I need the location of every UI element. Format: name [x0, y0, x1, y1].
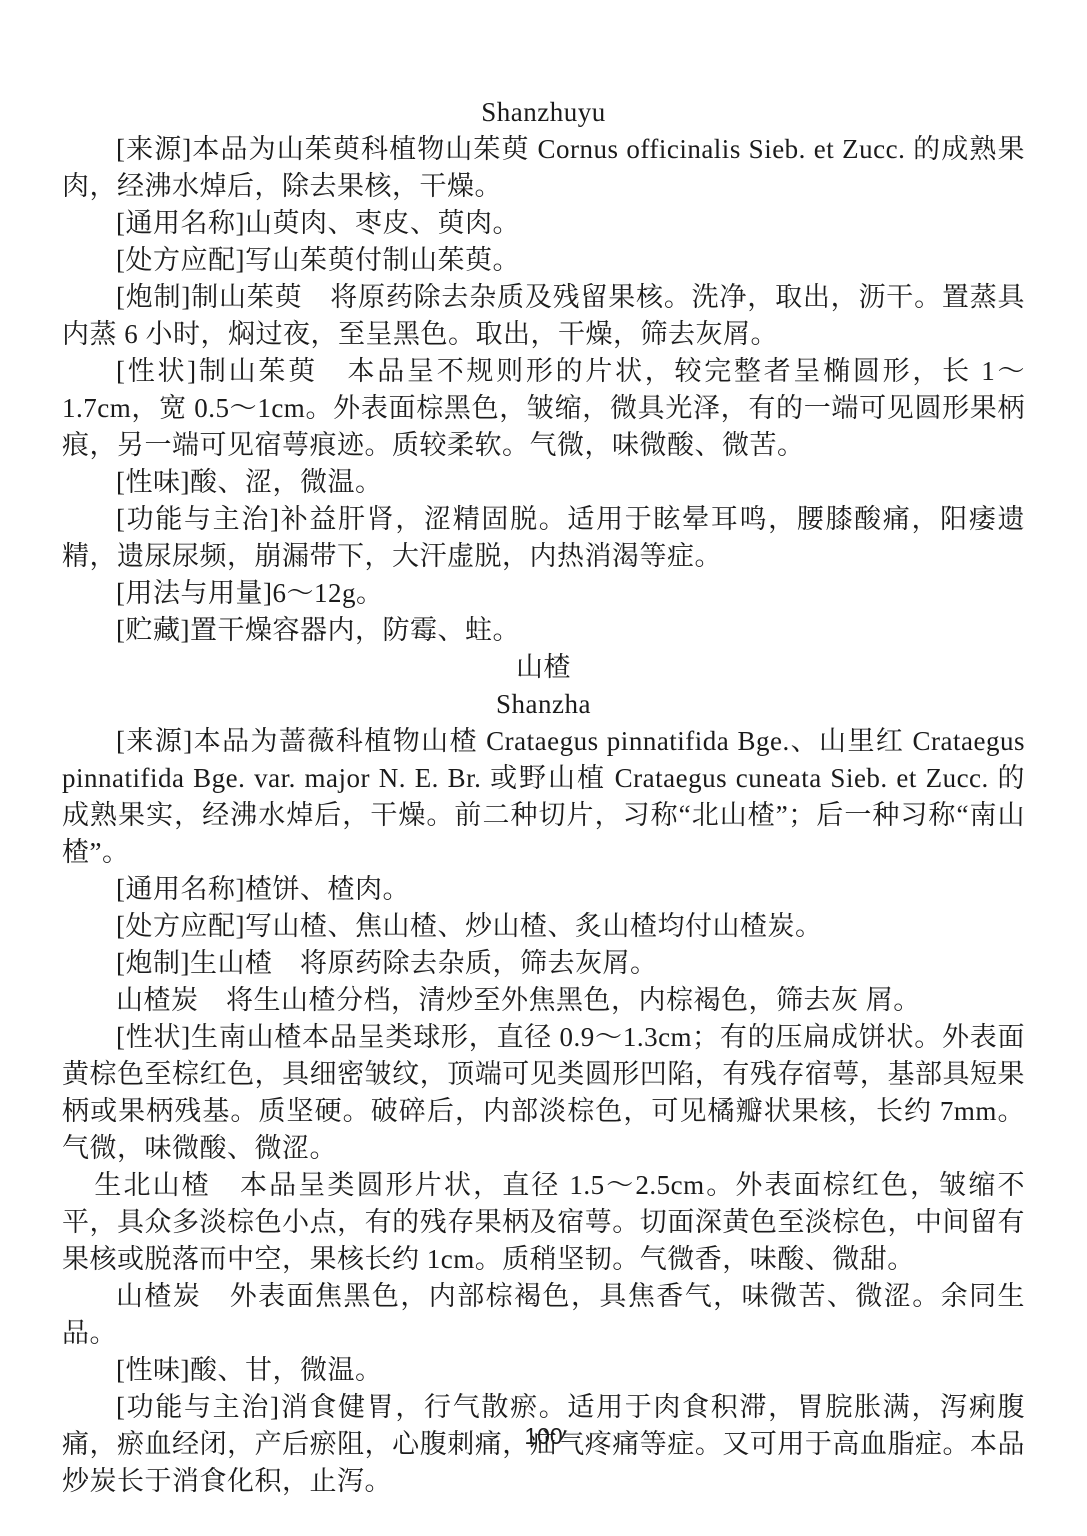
paragraph-functions: [功能与主治]补益肝肾，涩精固脱。适用于眩晕耳鸣，腰膝酸痛，阳痿遗精，遗尿尿频，…	[62, 501, 1025, 575]
paragraph-taste: [性味]酸、甘，微温。	[62, 1352, 1025, 1389]
paragraph-prescription: [处方应配]写山茱萸付制山茱萸。	[62, 242, 1025, 279]
paragraph-source: [来源]本品为蔷薇科植物山楂 Crataegus pinnatifida Bge…	[62, 723, 1025, 871]
paragraph-processing: [炮制]制山茱萸 将原药除去杂质及残留果核。洗净，取出，沥干。置蒸具内蒸 6 小…	[62, 279, 1025, 353]
paragraph-source: [来源]本品为山茱萸科植物山茱萸 Cornus officinalis Sieb…	[62, 131, 1025, 205]
paragraph-characteristics-south: [性状]生南山楂本品呈类球形，直径 0.9～1.3cm；有的压扁成饼状。外表面黄…	[62, 1019, 1025, 1167]
page-number: 100	[0, 1423, 1087, 1450]
section-title-shanzha-pinyin: Shanzha	[62, 686, 1025, 723]
paragraph-characteristics-charred: 山楂炭 外表面焦黑色，内部棕褐色，具焦香气，味微苦、微涩。余同生品。	[62, 1278, 1025, 1352]
section-title-shanzha-cn: 山楂	[62, 649, 1025, 686]
paragraph-common-names: [通用名称]楂饼、楂肉。	[62, 871, 1025, 908]
paragraph-processing-raw: [炮制]生山楂 将原药除去杂质，筛去灰屑。	[62, 945, 1025, 982]
paragraph-characteristics: [性状]制山茱萸 本品呈不规则形的片状，较完整者呈椭圆形，长 1～1.7cm，宽…	[62, 353, 1025, 464]
paragraph-characteristics-north: 生北山楂 本品呈类圆形片状，直径 1.5～2.5cm。外表面棕红色，皱缩不平，具…	[62, 1167, 1025, 1278]
paragraph-common-names: [通用名称]山萸肉、枣皮、萸肉。	[62, 205, 1025, 242]
paragraph-dosage: [用法与用量]6～12g。	[62, 575, 1025, 612]
paragraph-prescription: [处方应配]写山楂、焦山楂、炒山楂、炙山楂均付山楂炭。	[62, 908, 1025, 945]
paragraph-taste: [性味]酸、涩，微温。	[62, 464, 1025, 501]
document-page: Shanzhuyu [来源]本品为山茱萸科植物山茱萸 Cornus offici…	[0, 0, 1087, 1536]
paragraph-processing-charred: 山楂炭 将生山楂分档，清炒至外焦黑色，内棕褐色，筛去灰 屑。	[62, 982, 1025, 1019]
paragraph-storage: [贮藏]置干燥容器内，防霉、蛀。	[62, 612, 1025, 649]
section-title-shanzhuyu-pinyin: Shanzhuyu	[62, 94, 1025, 131]
document-body: Shanzhuyu [来源]本品为山茱萸科植物山茱萸 Cornus offici…	[62, 94, 1025, 1500]
